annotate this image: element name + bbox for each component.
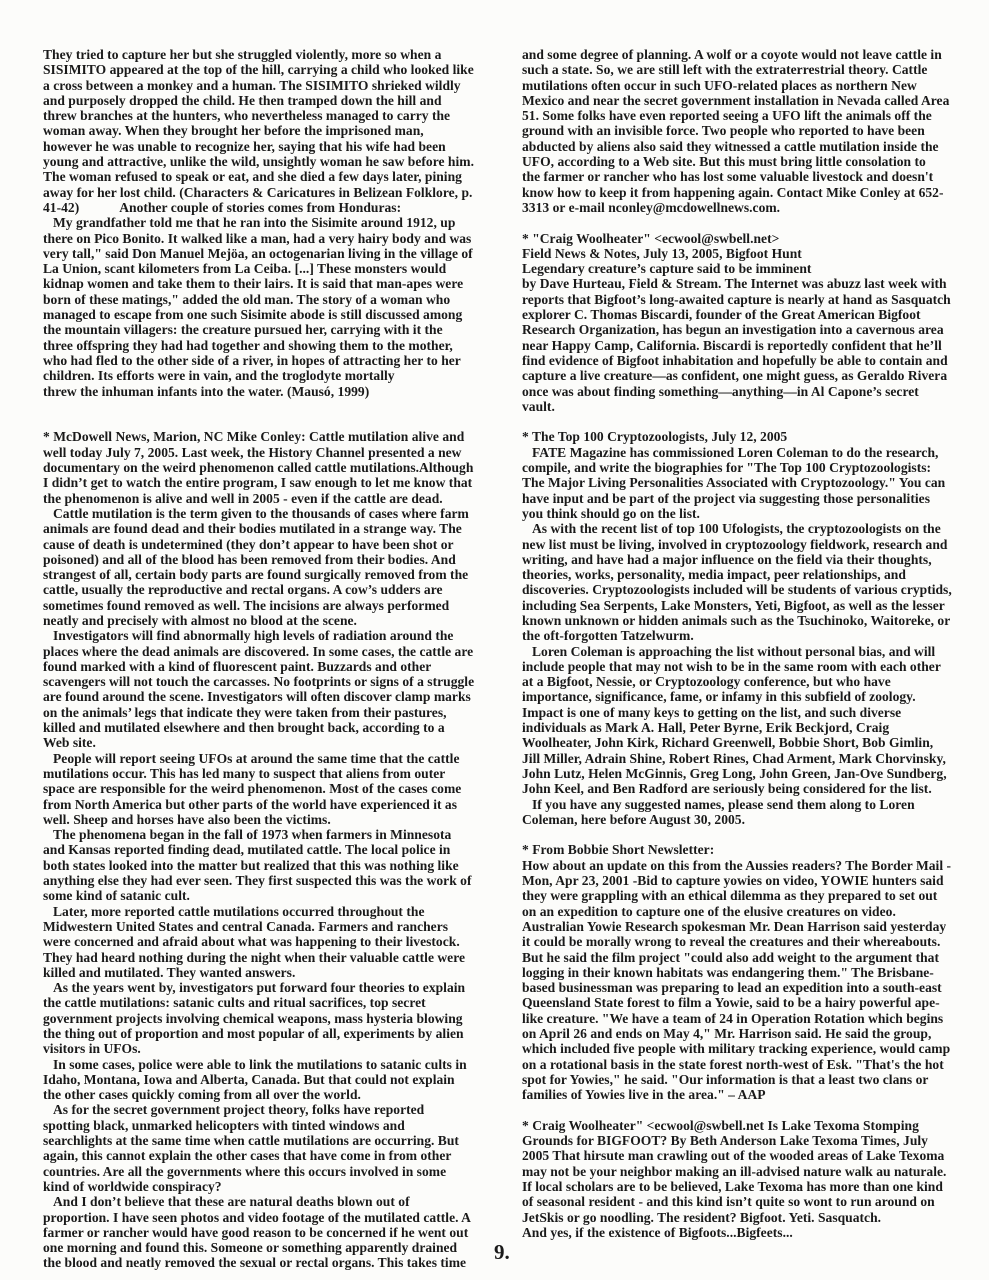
text-line: UFO, according to a Web site. But this m… [522, 154, 954, 169]
text-line: proportion. I have seen photos and video… [43, 1210, 483, 1225]
text-line: poisoned) and all of the blood has been … [43, 552, 483, 567]
text-line: They had heard nothing during the night … [43, 950, 483, 965]
text-line: kind of worldwide conspiracy? [43, 1179, 483, 1194]
text-line: managed to escape from one such Sisimite… [43, 307, 483, 322]
paragraph: As for the secret government project the… [43, 1102, 483, 1194]
text-line: As with the recent list of top 100 Ufolo… [522, 521, 954, 536]
text-line: Queensland State forest to film a Yowie,… [522, 995, 954, 1010]
text-line: once was about finding something—anythin… [522, 384, 954, 399]
text-line: by Dave Hurteau, Field & Stream. The Int… [522, 276, 954, 291]
text-line: How about an update on this from the Aus… [522, 858, 954, 873]
text-line: ground with an invisible force. Two peop… [522, 123, 954, 138]
text-line: And yes, if the existence of Bigfoots...… [522, 1225, 954, 1240]
text-line: the thing out of proportion and most pop… [43, 1026, 483, 1041]
right-column: and some degree of planning. A wolf or a… [522, 47, 954, 1240]
mcdowell-article: * McDowell News, Marion, NC Mike Conley:… [43, 429, 483, 1270]
text-line: 2005 That hirsute man crawling out of th… [522, 1148, 954, 1163]
text-line: kidnap women and take them to their lair… [43, 276, 483, 291]
citation-tail: 41-42) [43, 200, 79, 215]
text-line: Australian Yowie Research spokesman Mr. … [522, 919, 954, 934]
bobbie-short-article: * From Bobbie Short Newsletter: How abou… [522, 842, 954, 1102]
text-line: Coleman, here before August 30, 2005. [522, 812, 954, 827]
text-line: theories, works, personality, media impa… [522, 567, 954, 582]
text-line: 51. Some folks have even reported seeing… [522, 108, 954, 123]
text-line: FATE Magazine has commissioned Loren Col… [522, 445, 954, 460]
paragraph: FATE Magazine has commissioned Loren Col… [522, 445, 954, 521]
text-line: and some degree of planning. A wolf or a… [522, 47, 954, 62]
paragraph: The phenomena began in the fall of 1973 … [43, 827, 483, 903]
text-line: SISIMITO appeared at the top of the hill… [43, 62, 483, 77]
text-line: cause of death is undetermined (they don… [43, 537, 483, 552]
spacer [522, 827, 954, 842]
text-line: three offspring they had had together an… [43, 338, 483, 353]
text-line: As the years went by, investigators put … [43, 980, 483, 995]
text-line: importance, significance, fame, or infam… [522, 689, 954, 704]
text-line: are found around the scene. Investigator… [43, 689, 483, 704]
text-line: threw branches at the hunters, who never… [43, 108, 483, 123]
text-line: 41-42)Another couple of stories comes fr… [43, 200, 483, 215]
text-line: again, this cannot explain the other cas… [43, 1148, 483, 1163]
article-header: * The Top 100 Cryptozoologists, July 12,… [522, 429, 954, 444]
text-line: strangest of all, certain body parts are… [43, 567, 483, 582]
text-line: Jill Miller, Adrain Shine, Robert Rines,… [522, 751, 954, 766]
text-line: young and attractive, unlike the wild, u… [43, 154, 483, 169]
text-line: were concerned and afraid about what was… [43, 934, 483, 949]
paragraph: If you have any suggested names, please … [522, 797, 954, 828]
text-line: Midwestern United States and central Can… [43, 919, 483, 934]
text-line: children. Its efforts were in vain, and … [43, 368, 483, 383]
text-line: writing, and have had a major influence … [522, 552, 954, 567]
text-line: But he said the film project "could also… [522, 950, 954, 965]
text-line: mutilations often occur in such UFO-rela… [522, 78, 954, 93]
text-line: they were grappling with an ethical dile… [522, 888, 954, 903]
text-line: based businessman was preparing to lead … [522, 980, 954, 995]
text-line: explorer C. Thomas Biscardi, founder of … [522, 307, 954, 322]
text-line: the phenomenon is alive and well in 2005… [43, 491, 483, 506]
article-header: * From Bobbie Short Newsletter: [522, 842, 954, 857]
text-line: Research Organization, has begun an inve… [522, 322, 954, 337]
paragraph: As with the recent list of top 100 Ufolo… [522, 521, 954, 643]
text-line: the farmer or rancher who has lost some … [522, 169, 954, 184]
text-line: on the animals’ legs that indicate they … [43, 705, 483, 720]
text-line: near Happy Camp, California. Biscardi is… [522, 338, 954, 353]
text-line: on a rotational basis in the state fores… [522, 1057, 954, 1072]
contact-line: 3313 or e-mail nconley@mcdowellnews.com. [522, 200, 954, 215]
text-line: Grounds for BIGFOOT? By Beth Anderson La… [522, 1133, 954, 1148]
text-line: well. Sheep and horses have also been th… [43, 812, 483, 827]
text-line: of seasonal resident - and this kind isn… [522, 1194, 954, 1209]
text-line: My grandfather told me that he ran into … [43, 215, 483, 230]
text-line: the mountain villagers: the creature pur… [43, 322, 483, 337]
text-line: Impact is one of many keys to getting on… [522, 705, 954, 720]
text-line: As for the secret government project the… [43, 1102, 483, 1117]
text-line: capture a live creature—as confident, on… [522, 368, 954, 383]
article-source: * "Craig Woolheater" <ecwool@swbell.net> [522, 231, 954, 246]
text-line: * McDowell News, Marion, NC Mike Conley:… [43, 429, 483, 444]
text-line: visitors in UFOs. [43, 1041, 483, 1056]
text-line: spotting black, unmarked helicopters wit… [43, 1118, 483, 1133]
text-line: the cattle mutilations: satanic cults an… [43, 995, 483, 1010]
text-line: abducted by aliens also said they witnes… [522, 139, 954, 154]
text-line: In some cases, police were able to link … [43, 1057, 483, 1072]
text-line: there on Pico Bonito. It walked like a m… [43, 231, 483, 246]
text-line: scavengers will not touch the carcasses.… [43, 674, 483, 689]
text-line: on an expedition to capture one of the e… [522, 904, 954, 919]
text-line: * Craig Woolheater" <ecwool@swbell.net I… [522, 1118, 954, 1133]
text-line: known unknown or hidden animals such as … [522, 613, 954, 628]
spacer [522, 1102, 954, 1117]
mcdowell-article-continued: and some degree of planning. A wolf or a… [522, 47, 954, 215]
page-number: 9. [494, 1240, 510, 1265]
paragraph: Cattle mutilation is the term given to t… [43, 506, 483, 628]
text-line: you think should go on the list. [522, 506, 954, 521]
text-line: mutilations occur. This has led many to … [43, 766, 483, 781]
text-line: on April 26 and ends on May 4," Mr. Harr… [522, 1026, 954, 1041]
text-line: Web site. [43, 735, 483, 750]
text-line: space are responsible for the weird phen… [43, 781, 483, 796]
text-line: the oft-forgotten Tatzelwurm. [522, 628, 954, 643]
text-line: found marked with a kind of fluorescent … [43, 659, 483, 674]
text-line: The Major Living Personalities Associate… [522, 475, 954, 490]
text-line: Later, more reported cattle mutilations … [43, 904, 483, 919]
spacer [43, 414, 483, 429]
text-line: find evidence of Bigfoot inhabitation an… [522, 353, 954, 368]
text-line: Cattle mutilation is the term given to t… [43, 506, 483, 521]
text-line: JetSkis or go noodling. The resident? Bi… [522, 1210, 954, 1225]
text-line: however he was unable to recognize her, … [43, 139, 483, 154]
text-line: know how to keep it from happening again… [522, 185, 954, 200]
left-column: They tried to capture her but she strugg… [43, 47, 483, 1271]
text-line: They tried to capture her but she strugg… [43, 47, 483, 62]
text-line: individuals as Mark A. Hall, Peter Byrne… [522, 720, 954, 735]
text-line: away for her lost child. (Characters & C… [43, 185, 483, 200]
article-subtitle: Legendary creature’s capture said to be … [522, 261, 954, 276]
text-line: and Kansas reported finding dead, mutila… [43, 842, 483, 857]
honduras-intro: Another couple of stories comes from Hon… [119, 200, 401, 215]
text-line: Investigators will find abnormally high … [43, 628, 483, 643]
paragraph: Later, more reported cattle mutilations … [43, 904, 483, 980]
spacer [43, 399, 483, 414]
sisimito-story-continued: They tried to capture her but she strugg… [43, 47, 483, 215]
text-line: cattle, usually the reproductive and rec… [43, 582, 483, 597]
text-line: sometimes found removed as well. The inc… [43, 598, 483, 613]
lake-texoma-article: * Craig Woolheater" <ecwool@swbell.net I… [522, 1118, 954, 1240]
article-header: * McDowell News, Marion, NC Mike Conley:… [43, 429, 483, 505]
text-line: compile, and write the biographies for "… [522, 460, 954, 475]
text-line: like creature. "We have a team of 24 in … [522, 1011, 954, 1026]
text-line: government projects involving chemical w… [43, 1011, 483, 1026]
text-line: If local scholars are to be believed, La… [522, 1179, 954, 1194]
paragraph: Loren Coleman is approaching the list wi… [522, 644, 954, 797]
text-line: very tall," said Don Manuel Mejöa, an oc… [43, 246, 483, 261]
text-line: The woman refused to speak or eat, and s… [43, 169, 483, 184]
text-line: animals are found dead and their bodies … [43, 521, 483, 536]
text-line: Loren Coleman is approaching the list wi… [522, 644, 954, 659]
paragraph: Investigators will find abnormally high … [43, 628, 483, 750]
text-line: well today July 7, 2005. Last week, the … [43, 445, 483, 460]
text-line: documentary on the weird phenomenon call… [43, 460, 483, 475]
text-line: farmer or rancher would have good reason… [43, 1225, 483, 1240]
text-line: The phenomena began in the fall of 1973 … [43, 827, 483, 842]
text-line: reports that Bigfoot’s long-awaited capt… [522, 292, 954, 307]
spacer [522, 414, 954, 429]
text-line: Idaho, Montana, Iowa and Alberta, Canada… [43, 1072, 483, 1087]
text-line: countries. Are all the governments where… [43, 1164, 483, 1179]
text-line: including Sea Serpents, Lake Monsters, Y… [522, 598, 954, 613]
text-line: logging in their known habitats was enda… [522, 965, 954, 980]
honduras-story: My grandfather told me that he ran into … [43, 215, 483, 399]
text-line: such a state. So, we are still left with… [522, 62, 954, 77]
spacer [522, 215, 954, 230]
newsletter-page: They tried to capture her but she strugg… [0, 0, 989, 1280]
text-line: have input and be part of the project vi… [522, 491, 954, 506]
text-line: La Union, scant kilometers from La Ceiba… [43, 261, 483, 276]
text-line: John Lutz, Helen McGinnis, Greg Long, Jo… [522, 766, 954, 781]
text-line: and purposely dropped the child. He then… [43, 93, 483, 108]
text-line: one morning and found this. Someone or s… [43, 1240, 483, 1255]
paragraph: As the years went by, investigators put … [43, 980, 483, 1056]
paragraph: People will report seeing UFOs at around… [43, 751, 483, 827]
text-line: born of these matings," added the old ma… [43, 292, 483, 307]
text-line: I didn’t get to watch the entire program… [43, 475, 483, 490]
text-line: families of Yowies live in the area." – … [522, 1087, 954, 1102]
text-line: woman away. When they brought her before… [43, 123, 483, 138]
text-line: it could be morally wrong to reveal the … [522, 934, 954, 949]
text-line: discoveries. Cryptozoologists included w… [522, 582, 954, 597]
text-line: Mexico and near the secret government in… [522, 93, 954, 108]
text-line: anything else they had ever seen. They f… [43, 873, 483, 888]
text-line: If you have any suggested names, please … [522, 797, 954, 812]
text-line: threw the inhuman infants into the water… [43, 384, 483, 399]
text-line: which included five people with military… [522, 1041, 954, 1056]
text-line: the other cases quickly coming from all … [43, 1087, 483, 1102]
text-line: new list must be living, involved in cry… [522, 537, 954, 552]
text-line: vault. [522, 399, 954, 414]
text-line: Woolheater, John Kirk, Richard Greenwell… [522, 735, 954, 750]
text-line: a cross between a monkey and a human. Th… [43, 78, 483, 93]
text-line: killed and mutilated elsewhere and then … [43, 720, 483, 735]
text-line: the blood and neatly removed the sexual … [43, 1255, 483, 1270]
text-line: at a Bigfoot, Nessie, or Cryptozoology c… [522, 674, 954, 689]
article-title: Field News & Notes, July 13, 2005, Bigfo… [522, 246, 954, 261]
text-line: People will report seeing UFOs at around… [43, 751, 483, 766]
text-line: spot for Yowies," he said. "Our informat… [522, 1072, 954, 1087]
paragraph: In some cases, police were able to link … [43, 1057, 483, 1103]
text-line: searchlights at the same time when cattl… [43, 1133, 483, 1148]
text-line: some kind of satanic cult. [43, 888, 483, 903]
text-line: from North America but other parts of th… [43, 797, 483, 812]
bigfoot-hunt-article: * "Craig Woolheater" <ecwool@swbell.net>… [522, 231, 954, 415]
text-line: And I don’t believe that these are natur… [43, 1194, 483, 1209]
paragraph: And I don’t believe that these are natur… [43, 1194, 483, 1270]
text-line: places where the dead animals are discov… [43, 644, 483, 659]
text-line: include people that may not wish to be i… [522, 659, 954, 674]
top-100-article: * The Top 100 Cryptozoologists, July 12,… [522, 429, 954, 827]
text-line: John Keel, and Ben Radford are seriously… [522, 781, 954, 796]
text-line: Mon, Apr 23, 2001 -Bid to capture yowies… [522, 873, 954, 888]
text-line: may not be your neighbor making an ill-a… [522, 1164, 954, 1179]
text-line: killed and mutilated. They wanted answer… [43, 965, 483, 980]
text-line: who had fled to the other side of a rive… [43, 353, 483, 368]
text-line: neatly and precisely with almost no bloo… [43, 613, 483, 628]
text-line: both states looked into the matter but r… [43, 858, 483, 873]
